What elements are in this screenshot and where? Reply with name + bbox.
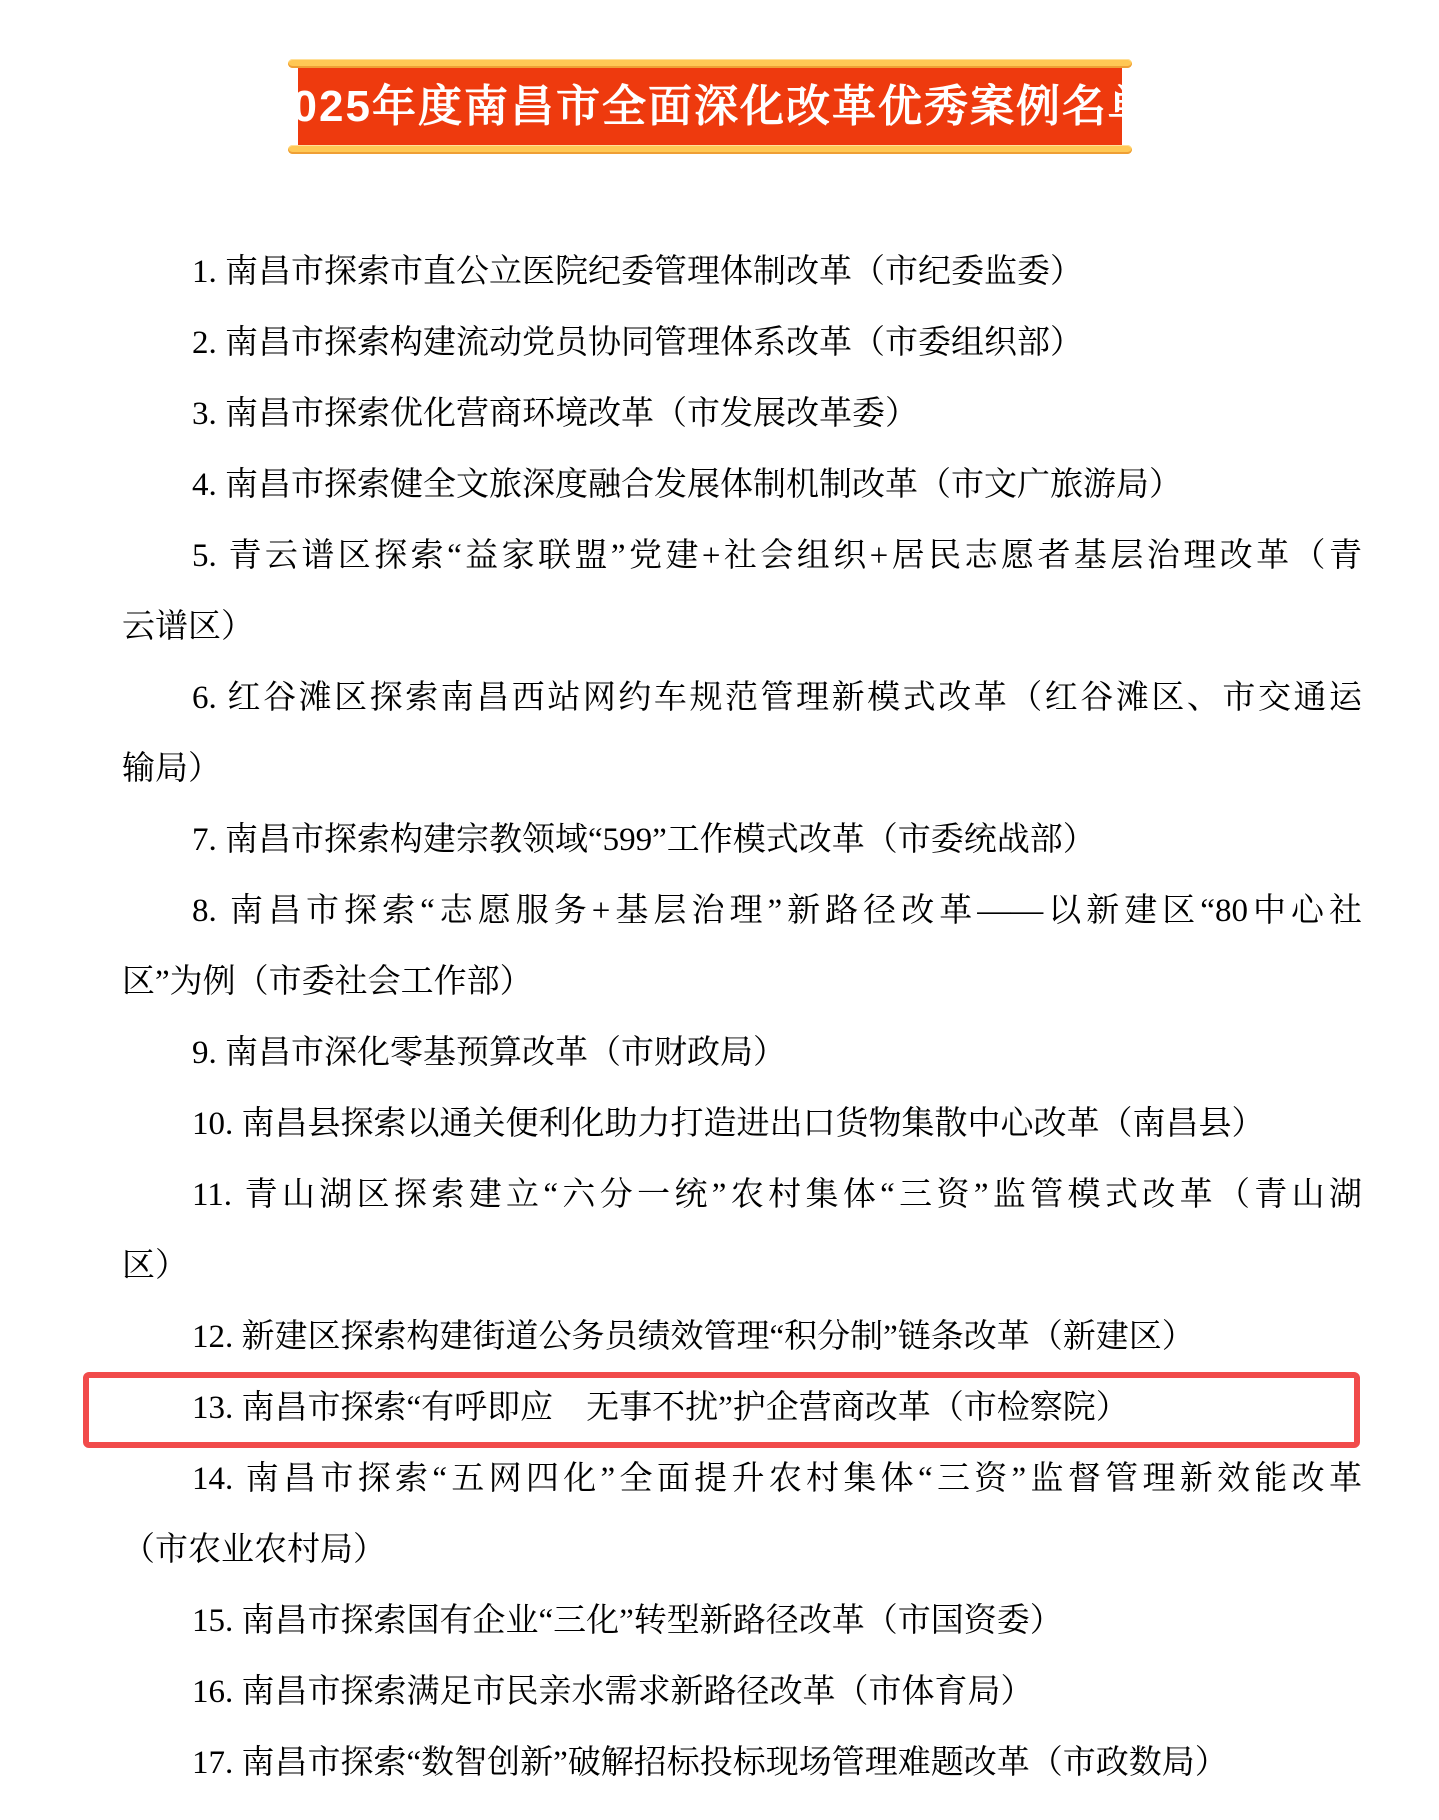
list-item-line: 12. 新建区探索构建街道公务员绩效管理“积分制”链条改革（新建区） (122, 1302, 1362, 1373)
list-item-line: 15. 南昌市探索国有企业“三化”转型新路径改革（市国资委） (122, 1586, 1362, 1657)
document-page: 2025年度南昌市全面深化改革优秀案例名单 1. 南昌市探索市直公立医院纪委管理… (0, 0, 1439, 1820)
banner-background: 2025年度南昌市全面深化改革优秀案例名单 (298, 68, 1122, 145)
list-item-line: 区） (122, 1231, 1362, 1302)
list-item-line: 云谱区） (122, 592, 1362, 663)
case-list: 1. 南昌市探索市直公立医院纪委管理体制改革（市纪委监委）2. 南昌市探索构建流… (122, 237, 1362, 1799)
list-item-line: （市农业农村局） (122, 1515, 1362, 1586)
list-item-line: 输局） (122, 734, 1362, 805)
list-item-line: 11. 青山湖区探索建立“六分一统”农村集体“三资”监管模式改革（青山湖 (122, 1160, 1362, 1231)
list-item-line: 10. 南昌县探索以通关便利化助力打造进出口货物集散中心改革（南昌县） (122, 1089, 1362, 1160)
list-item-line: 5. 青云谱区探索“益家联盟”党建+社会组织+居民志愿者基层治理改革（青 (122, 521, 1362, 592)
list-item-line: 区”为例（市委社会工作部） (122, 947, 1362, 1018)
list-item-line: 8. 南昌市探索“志愿服务+基层治理”新路径改革——以新建区“80中心社 (122, 876, 1362, 947)
list-item-line-highlighted: 13. 南昌市探索“有呼即应 无事不扰”护企营商改革（市检察院） (122, 1373, 1362, 1444)
list-item-line: 17. 南昌市探索“数智创新”破解招标投标现场管理难题改革（市政数局） (122, 1728, 1362, 1799)
title-banner: 2025年度南昌市全面深化改革优秀案例名单 (288, 59, 1132, 154)
list-item-line: 14. 南昌市探索“五网四化”全面提升农村集体“三资”监督管理新效能改革 (122, 1444, 1362, 1515)
list-item-line: 2. 南昌市探索构建流动党员协同管理体系改革（市委组织部） (122, 308, 1362, 379)
list-item-line: 7. 南昌市探索构建宗教领域“599”工作模式改革（市委统战部） (122, 805, 1362, 876)
list-item-line: 1. 南昌市探索市直公立医院纪委管理体制改革（市纪委监委） (122, 237, 1362, 308)
banner-bottom-bar (288, 145, 1132, 154)
list-item-line: 16. 南昌市探索满足市民亲水需求新路径改革（市体育局） (122, 1657, 1362, 1728)
list-item-line: 6. 红谷滩区探索南昌西站网约车规范管理新模式改革（红谷滩区、市交通运 (122, 663, 1362, 734)
banner-top-bar (288, 59, 1132, 68)
list-item-line: 4. 南昌市探索健全文旅深度融合发展体制机制改革（市文广旅游局） (122, 450, 1362, 521)
list-item-line: 3. 南昌市探索优化营商环境改革（市发展改革委） (122, 379, 1362, 450)
list-item-line: 9. 南昌市深化零基预算改革（市财政局） (122, 1018, 1362, 1089)
page-title: 2025年度南昌市全面深化改革优秀案例名单 (266, 68, 1154, 145)
